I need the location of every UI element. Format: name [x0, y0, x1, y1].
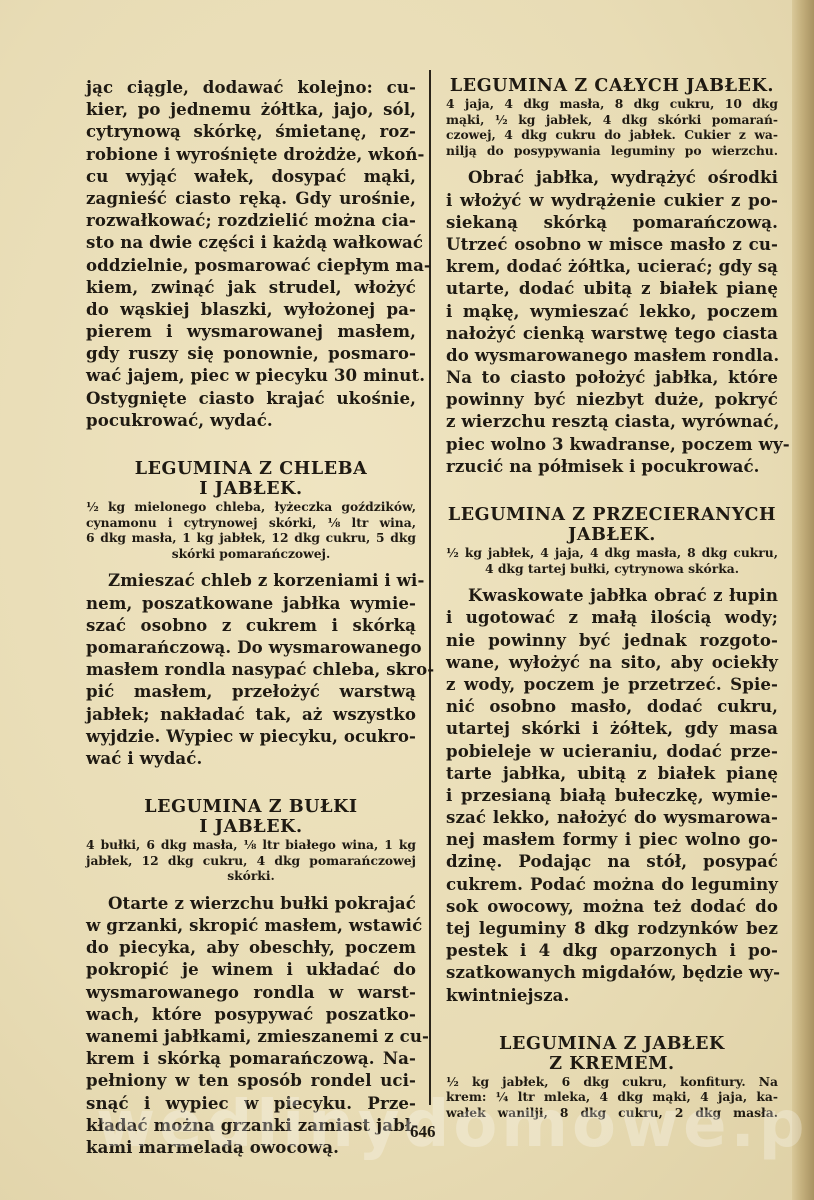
body-line: do wąskiej blaszki, wyłożonej pa-	[86, 298, 416, 320]
body-line: dzinę. Podając na stół, posypać	[446, 850, 778, 872]
recipe-title: LEGUMINA Z CAŁYCH JABŁEK.	[446, 76, 778, 96]
body-line: pierem i wysmarowanej masłem,	[86, 320, 416, 342]
ingredients-line: ½ kg jabłek, 4 jaja, 4 dkg masła, 8 dkg …	[446, 545, 778, 561]
body-line: do wysmarowanego masłem rondla.	[446, 344, 778, 366]
body-line: sto na dwie części i każdą wałkować	[86, 231, 416, 253]
body-line: nałożyć cienką warstwę tego ciasta	[446, 322, 778, 344]
body-line: nem, poszatkowane jabłka wymie-	[86, 592, 416, 614]
body-line: i ugotować z małą ilością wody;	[446, 606, 778, 628]
ingredients-line: ½ kg mielonego chleba, łyżeczka goździkó…	[86, 499, 416, 515]
ingredients-line: cynamonu i cytrynowej skórki, ⅛ ltr wina…	[86, 515, 416, 531]
recipe-title: I JABŁEK.	[86, 817, 416, 837]
ingredients-line: jabłek, 12 dkg cukru, 4 dkg pomarańczowe…	[86, 853, 416, 869]
recipe-legumina-z-przecieranych-jablek: LEGUMINA Z PRZECIERANYCH JABŁEK. ½ kg ja…	[446, 505, 778, 1006]
body-line: krem, dodać żółtka, ucierać; gdy są	[446, 255, 778, 277]
ingredients-line: 4 bułki, 6 dkg masła, ⅛ ltr białego wina…	[86, 837, 416, 853]
body-line: utartej skórki i żółtek, gdy masa	[446, 717, 778, 739]
body-line: gdy ruszy się ponownie, posmaro-	[86, 342, 416, 364]
body-line: Zmieszać chleb z korzeniami i wi-	[86, 569, 416, 591]
body-line: Na to ciasto położyć jabłka, które	[446, 366, 778, 388]
body-line: Ostygnięte ciasto krajać ukośnie,	[86, 387, 416, 409]
body-line: w grzanki, skropić masłem, wstawić	[86, 914, 416, 936]
body-line: pić masłem, przełożyć warstwą	[86, 680, 416, 702]
body-line: z wierzchu resztą ciasta, wyrównać,	[446, 410, 778, 432]
body-line: do piecyka, aby obeschły, poczem	[86, 936, 416, 958]
body-line: Obrać jabłka, wydrążyć ośrodki	[446, 166, 778, 188]
body-line: rzucić na półmisek i pocukrować.	[446, 455, 778, 477]
ingredients-list: ½ kg mielonego chleba, łyżeczka goździkó…	[86, 499, 416, 561]
body-line: szać lekko, nałożyć do wysmarowa-	[446, 806, 778, 828]
watermark: wedlinydomowe.pl	[96, 1088, 814, 1162]
recipe-instructions: Obrać jabłka, wydrążyć ośrodki i włożyć …	[446, 166, 778, 477]
recipe-title: I JABŁEK.	[86, 479, 416, 499]
body-line: piec wolno 3 kwadranse, poczem wy-	[446, 433, 778, 455]
body-line: wach, które posypywać poszatko-	[86, 1003, 416, 1025]
body-line: wanemi jabłkami, zmieszanemi z cu-	[86, 1025, 416, 1047]
recipe-legumina-z-calych-jablek: LEGUMINA Z CAŁYCH JABŁEK. 4 jaja, 4 dkg …	[446, 76, 778, 477]
page-number: 646	[410, 1122, 436, 1142]
body-line: wać jajem, piec w piecyku 30 minut.	[86, 364, 416, 386]
left-column: jąc ciągle, dodawać kolejno: cu- kier, p…	[86, 76, 416, 1158]
ingredients-line: czowej, 4 dkg cukru do jabłek. Cukier z …	[446, 127, 778, 143]
ingredients-list: 4 bułki, 6 dkg masła, ⅛ ltr białego wina…	[86, 837, 416, 884]
ingredients-line: nilją do posypywania leguminy po wierzch…	[446, 143, 778, 159]
continued-recipe-text: jąc ciągle, dodawać kolejno: cu- kier, p…	[86, 76, 416, 431]
body-line: robione i wyrośnięte drożdże, wkoń-	[86, 143, 416, 165]
recipe-instructions: Zmieszać chleb z korzeniami i wi- nem, p…	[86, 569, 416, 769]
body-line: i włożyć w wydrążenie cukier z po-	[446, 189, 778, 211]
ingredients-list: ½ kg jabłek, 4 jaja, 4 dkg masła, 8 dkg …	[446, 545, 778, 576]
body-line: siekaną skórką pomarańczową.	[446, 211, 778, 233]
right-column: LEGUMINA Z CAŁYCH JABŁEK. 4 jaja, 4 dkg …	[446, 76, 778, 1121]
recipe-title: JABŁEK.	[446, 525, 778, 545]
column-divider	[429, 70, 431, 1105]
ingredients-line: 6 dkg masła, 1 kg jabłek, 12 dkg cukru, …	[86, 530, 416, 546]
body-line: tarte jabłka, ubitą z białek pianę	[446, 762, 778, 784]
recipe-title: Z KREMEM.	[446, 1054, 778, 1074]
body-line: z wody, poczem je przetrzeć. Spie-	[446, 673, 778, 695]
body-line: wyjdzie. Wypiec w piecyku, ocukro-	[86, 725, 416, 747]
page-edge-shadow	[792, 0, 814, 1200]
body-line: krem i skórką pomarańczową. Na-	[86, 1047, 416, 1069]
body-line: wać i wydać.	[86, 747, 416, 769]
body-line: powinny być niezbyt duże, pokryć	[446, 388, 778, 410]
body-line: cu wyjąć wałek, dosypać mąki,	[86, 165, 416, 187]
body-line: jąc ciągle, dodawać kolejno: cu-	[86, 76, 416, 98]
body-line: wane, wyłożyć na sito, aby ociekły	[446, 651, 778, 673]
recipe-legumina-z-chleba: LEGUMINA Z CHLEBA I JABŁEK. ½ kg mielone…	[86, 459, 416, 769]
body-line: wysmarowanego rondla w warst-	[86, 981, 416, 1003]
recipe-title: LEGUMINA Z PRZECIERANYCH	[446, 505, 778, 525]
body-line: kiem, zwinąć jak strudel, włożyć	[86, 276, 416, 298]
ingredients-line: 4 jaja, 4 dkg masła, 8 dkg cukru, 10 dkg	[446, 96, 778, 112]
body-line: szatkowanych migdałów, będzie wy-	[446, 961, 778, 983]
body-line: cytrynową skórkę, śmietanę, roz-	[86, 120, 416, 142]
body-line: nie powinny być jednak rozgoto-	[446, 629, 778, 651]
recipe-instructions: Kwaskowate jabłka obrać z łupin i ugotow…	[446, 584, 778, 1006]
body-line: Utrzeć osobno w misce masło z cu-	[446, 233, 778, 255]
body-line: tej leguminy 8 dkg rodzynków bez	[446, 917, 778, 939]
body-line: kier, po jednemu żółtka, jajo, sól,	[86, 98, 416, 120]
body-line: masłem rondla nasypać chleba, skro-	[86, 658, 416, 680]
body-line: i mąkę, wymieszać lekko, poczem	[446, 300, 778, 322]
ingredients-line: mąki, ½ kg jabłek, 4 dkg skórki pomarań-	[446, 112, 778, 128]
body-line: cukrem. Podać można do leguminy	[446, 873, 778, 895]
book-page: jąc ciągle, dodawać kolejno: cu- kier, p…	[0, 0, 814, 1200]
body-line: utarte, dodać ubitą z białek pianę	[446, 277, 778, 299]
body-line: nić osobno masło, dodać cukru,	[446, 695, 778, 717]
body-line: i przesianą białą bułeczkę, wymie-	[446, 784, 778, 806]
body-line: kwintniejsza.	[446, 984, 778, 1006]
body-line: pobieleje w ucieraniu, dodać prze-	[446, 740, 778, 762]
recipe-title: LEGUMINA Z JABŁEK	[446, 1034, 778, 1054]
body-line: Otarte z wierzchu bułki pokrajać	[86, 892, 416, 914]
ingredients-line: skórki pomarańczowej.	[86, 546, 416, 562]
body-line: sok owocowy, można też dodać do	[446, 895, 778, 917]
ingredients-line: skórki.	[86, 868, 416, 884]
body-line: oddzielnie, posmarować ciepłym ma-	[86, 254, 416, 276]
body-line: szać osobno z cukrem i skórką	[86, 614, 416, 636]
ingredients-list: 4 jaja, 4 dkg masła, 8 dkg cukru, 10 dkg…	[446, 96, 778, 158]
ingredients-line: ½ kg jabłek, 6 dkg cukru, konfitury. Na	[446, 1074, 778, 1090]
recipe-title: LEGUMINA Z CHLEBA	[86, 459, 416, 479]
ingredients-line: 4 dkg tartej bułki, cytrynowa skórka.	[446, 561, 778, 577]
body-line: pomarańczową. Do wysmarowanego	[86, 636, 416, 658]
body-line: pocukrować, wydać.	[86, 409, 416, 431]
body-line: jabłek; nakładać tak, aż wszystko	[86, 703, 416, 725]
body-line: pokropić je winem i układać do	[86, 958, 416, 980]
body-line: zagnieść ciasto ręką. Gdy urośnie,	[86, 187, 416, 209]
recipe-title: LEGUMINA Z BUŁKI	[86, 797, 416, 817]
body-line: nej masłem formy i piec wolno go-	[446, 828, 778, 850]
body-line: pestek i 4 dkg oparzonych i po-	[446, 939, 778, 961]
body-line: rozwałkować; rozdzielić można cia-	[86, 209, 416, 231]
body-line: Kwaskowate jabłka obrać z łupin	[446, 584, 778, 606]
